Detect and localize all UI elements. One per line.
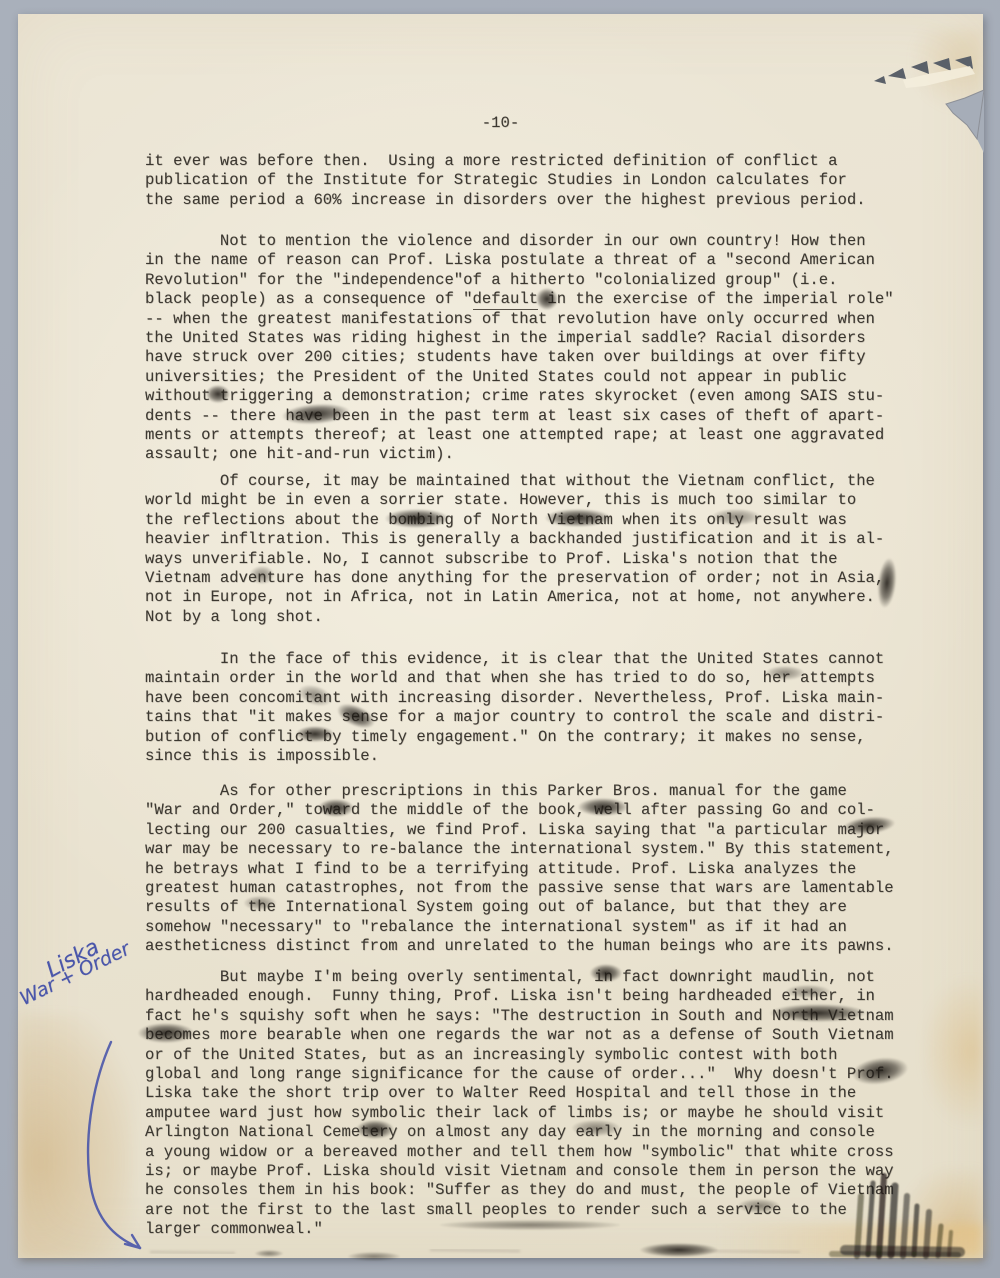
paragraph-1: it ever was before then. Using a more re… — [145, 152, 920, 210]
paragraph-3: Of course, it may be maintained that wit… — [145, 472, 920, 627]
paragraph-5: As for other prescriptions in this Parke… — [145, 782, 920, 957]
underlined-word-default: default — [473, 290, 539, 310]
paragraph-6: But maybe I'm being overly sentimental, … — [145, 968, 920, 1240]
page-number-label: -10- — [18, 114, 983, 132]
paragraph-4: In the face of this evidence, it is clea… — [145, 650, 920, 766]
paper-stain — [913, 29, 983, 109]
paragraph-2-text: in the exercise of the imperial role" --… — [145, 290, 894, 463]
paper-stain — [923, 979, 983, 1124]
paper-stain — [18, 1014, 133, 1259]
paragraph-2: Not to mention the violence and disorder… — [145, 232, 920, 465]
scan-background: -10- it ever was before then. Using a mo… — [0, 0, 1000, 1278]
